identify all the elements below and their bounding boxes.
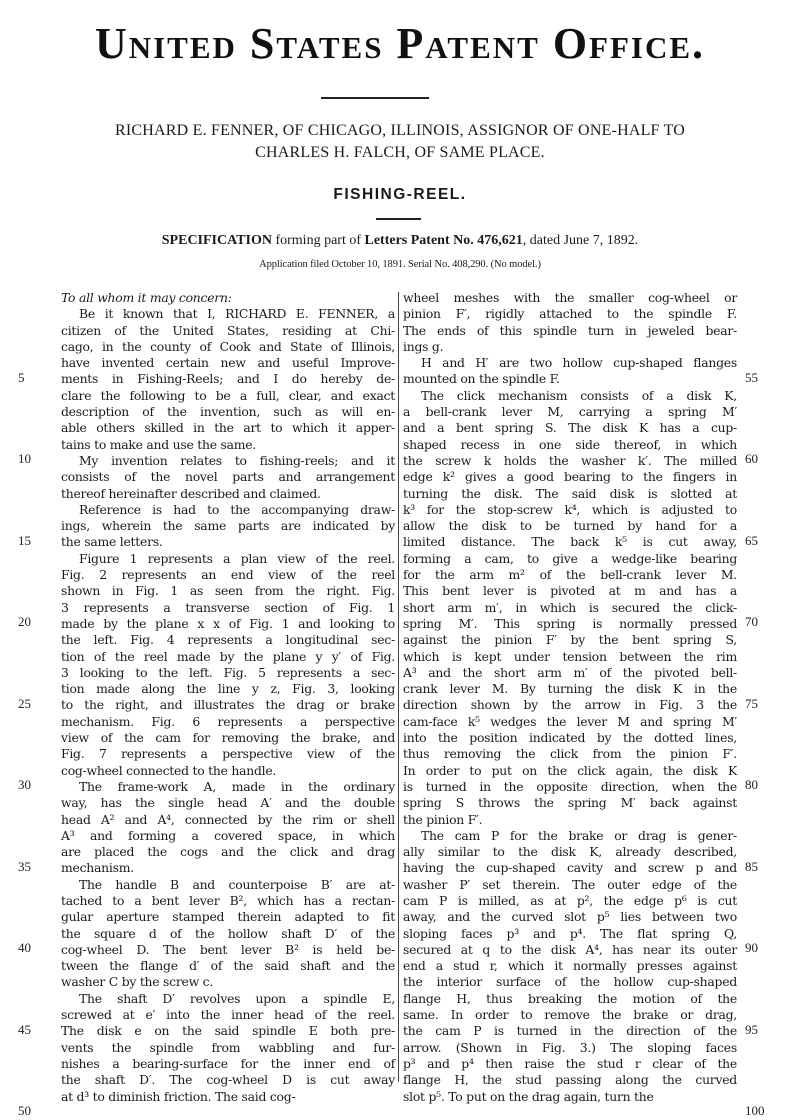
text-line: clare the following to be a full, clear,… [61,388,395,404]
line-number: 75 [745,696,758,712]
text-line: head A² and A⁴, connected by the rim or … [61,812,395,828]
line-number: 35 [18,859,31,875]
text-line: are placed the cogs and the click and dr… [61,844,395,860]
line-number: 80 [745,777,758,793]
text-line: A³ and the short arm m′ of the pivoted b… [403,665,737,681]
text-line: Be it known that I, RICHARD E. FENNER, a [61,306,395,322]
text-line: Fig. 2 represents an end view of the ree… [61,567,395,583]
text-line: and a bent spring S. The disk K has a cu… [403,420,737,436]
line-number: 70 [745,614,758,630]
title-rule [321,97,429,99]
specification-label: SPECIFICATION [162,233,272,248]
patent-subject: FISHING-REEL. [0,186,800,204]
text-line: way, has the single head A′ and the doub… [61,795,395,811]
text-line: Reference is had to the accompanying dra… [61,502,395,518]
line-number: 100 [745,1103,765,1119]
text-line: p³ and p⁴ then raise the stud r clear of… [403,1056,737,1072]
text-line: to the right, and illustrates the drag o… [61,697,395,713]
text-line: the square d of the hollow shaft D′ of t… [61,926,395,942]
application-line: Application filed October 10, 1891. Seri… [0,259,800,270]
text-line: able others skilled in the art to which … [61,420,395,436]
text-line: description of the invention, such as wi… [61,404,395,420]
text-line: Fig. 7 represents a perspective view of … [61,746,395,762]
text-line: edge k² gives a good bearing to the fing… [403,469,737,485]
office-title: United States Patent Office. [0,18,800,69]
text-line: Figure 1 represents a plan view of the r… [61,551,395,567]
line-number: 15 [18,533,31,549]
text-line: made by the plane x x of Fig. 1 and look… [61,616,395,632]
line-number: 10 [18,451,31,467]
text-line: sloping faces p³ and p⁴. The flat spring… [403,926,737,942]
text-line: tween the flange d′ of the said shaft an… [61,958,395,974]
text-line: the cam P is turned in the direction of … [403,1023,737,1039]
text-line: flange H, thus breaking the motion of th… [403,991,737,1007]
text-line: crank lever M. By turning the disk K in … [403,681,737,697]
text-line: allow the disk to be turned by hand for … [403,518,737,534]
text-line: flange H, the stud passing along the cur… [403,1072,737,1088]
text-line: ally similar to the disk K, already desc… [403,844,737,860]
text-line: away, and the curved slot p⁵ lies betwee… [403,909,737,925]
line-number: 95 [745,1022,758,1038]
line-number: 40 [18,940,31,956]
text-line: which is kept under tension between the … [403,649,737,665]
column-divider [398,292,399,1082]
text-line: the same letters. [61,534,395,550]
specification-mid: forming part of [272,233,365,248]
text-line: screwed at e′ into the inner head of the… [61,1007,395,1023]
text-line: direction shown by the arrow in Fig. 3 t… [403,697,737,713]
line-number: 25 [18,696,31,712]
text-line: citizen of the United States, residing a… [61,323,395,339]
text-line: 3 represents a transverse section of Fig… [61,600,395,616]
text-line: the interior surface of the hollow cup-s… [403,974,737,990]
text-line: the screw k holds the washer k′. The mil… [403,453,737,469]
text-line: ments in Fishing-Reels; and I do hereby … [61,371,395,387]
left-column: To all whom it may concern:Be it known t… [61,290,395,1105]
text-line: slot p⁵. To put on the drag again, turn … [403,1089,737,1105]
text-line: mounted on the spindle F. [403,371,737,387]
text-line: nishes a bearing-surface for the inner e… [61,1056,395,1072]
line-number: 60 [745,451,758,467]
text-line: gular aperture stamped therein adapted t… [61,909,395,925]
line-number: 45 [18,1022,31,1038]
text-line: A³ and forming a covered space, in which [61,828,395,844]
text-line: mechanism. Fig. 6 represents a perspecti… [61,714,395,730]
text-line: ings g. [403,339,737,355]
line-number: 5 [18,370,25,386]
line-number: 30 [18,777,31,793]
text-line: wheel meshes with the smaller cog-wheel … [403,290,737,306]
text-line: a bell-crank lever M, carrying a spring … [403,404,737,420]
text-line: view of the cam for removing the brake, … [61,730,395,746]
text-line: thereof hereinafter described and claime… [61,486,395,502]
text-line: having the cup-shaped cavity and screw p… [403,860,737,876]
right-column: wheel meshes with the smaller cog-wheel … [403,290,737,1105]
text-line: against the pinion F′ by the bent spring… [403,632,737,648]
text-line: short arm m′, in which is secured the cl… [403,600,737,616]
line-number: 50 [18,1103,31,1119]
text-line: The cam P for the brake or drag is gener… [403,828,737,844]
line-number: 65 [745,533,758,549]
text-line: secured at q to the disk A⁴, has near it… [403,942,737,958]
text-line: shown in Fig. 1 as seen from the right. … [61,583,395,599]
text-line: k³ for the stop-screw k⁴, which is adjus… [403,502,737,518]
text-line: The shaft D′ revolves upon a spindle E, [61,991,395,1007]
text-line: is turned in the opposite direction, whe… [403,779,737,795]
text-line: cog-wheel D. The bent lever B² is held b… [61,942,395,958]
text-line: The handle B and counterpoise B′ are at- [61,877,395,893]
line-number: 55 [745,370,758,386]
line-number: 20 [18,614,31,630]
text-line: vents the spindle from wabbling and fur- [61,1040,395,1056]
text-line: mechanism. [61,860,395,876]
text-line: H and H′ are two hollow cup-shaped flang… [403,355,737,371]
specification-date: , dated June 7, 1892. [523,233,638,248]
text-line: cog-wheel connected to the handle. [61,763,395,779]
text-line: thus removing the click from the pinion … [403,746,737,762]
parties-block: RICHARD E. FENNER, OF CHICAGO, ILLINOIS,… [0,120,800,164]
text-line: into the position indicated by the dotte… [403,730,737,746]
text-line: To all whom it may concern: [61,290,395,306]
text-line: the pinion F′. [403,812,737,828]
text-line: cago, in the county of Cook and State of… [61,339,395,355]
text-line: tached to a bent lever B², which has a r… [61,893,395,909]
text-line: washer C by the screw c. [61,974,395,990]
text-line: The ends of this spindle turn in jeweled… [403,323,737,339]
text-line: My invention relates to fishing-reels; a… [61,453,395,469]
text-line: spring M′. This spring is normally press… [403,616,737,632]
line-number: 85 [745,859,758,875]
line-number: 90 [745,940,758,956]
text-line: In order to put on the click again, the … [403,763,737,779]
text-line: for the arm m² of the bell-crank lever M… [403,567,737,583]
text-line: The click mechanism consists of a disk K… [403,388,737,404]
text-line: ings, wherein the same parts are indicat… [61,518,395,534]
text-line: The frame-work A, made in the ordinary [61,779,395,795]
text-line: 3 looking to the left. Fig. 5 represents… [61,665,395,681]
text-line: arrow. (Shown in Fig. 3.) The sloping fa… [403,1040,737,1056]
text-line: same. In order to remove the brake or dr… [403,1007,737,1023]
subject-rule [376,218,421,220]
text-line: cam P is milled, as at p², the edge p⁶ i… [403,893,737,909]
text-line: the shaft D′. The cog-wheel D is cut awa… [61,1072,395,1088]
text-line: consists of the novel parts and arrangem… [61,469,395,485]
text-line: tion of the reel made by the plane y y′ … [61,649,395,665]
text-line: turning the disk. The said disk is slott… [403,486,737,502]
text-line: tains to make and use the same. [61,437,395,453]
text-line: pinion F′, rigidly attached to the spind… [403,306,737,322]
text-line: forming a cam, to give a wedge-like bear… [403,551,737,567]
text-line: washer P′ set therein. The outer edge of… [403,877,737,893]
text-line: cam-face k⁵ wedges the lever M and sprin… [403,714,737,730]
letters-patent-label: Letters Patent No. 476,621 [365,233,523,248]
text-line: the left. Fig. 4 represents a longitudin… [61,632,395,648]
specification-line: SPECIFICATION forming part of Letters Pa… [0,233,800,249]
text-line: at d³ to diminish friction. The said cog… [61,1089,395,1105]
text-line: have invented certain new and useful Imp… [61,355,395,371]
text-line: The disk e on the said spindle E both pr… [61,1023,395,1039]
text-line: spring S throws the spring M′ back again… [403,795,737,811]
text-line: limited distance. The back k⁵ is cut awa… [403,534,737,550]
text-line: shaped recess in one side thereof, in wh… [403,437,737,453]
parties-line-1: RICHARD E. FENNER, OF CHICAGO, ILLINOIS,… [0,120,800,142]
text-line: end a stud r, which it normally presses … [403,958,737,974]
text-line: tion made along the line y z, Fig. 3, lo… [61,681,395,697]
parties-line-2: CHARLES H. FALCH, OF SAME PLACE. [0,142,800,164]
text-line: This bent lever is pivoted at m and has … [403,583,737,599]
